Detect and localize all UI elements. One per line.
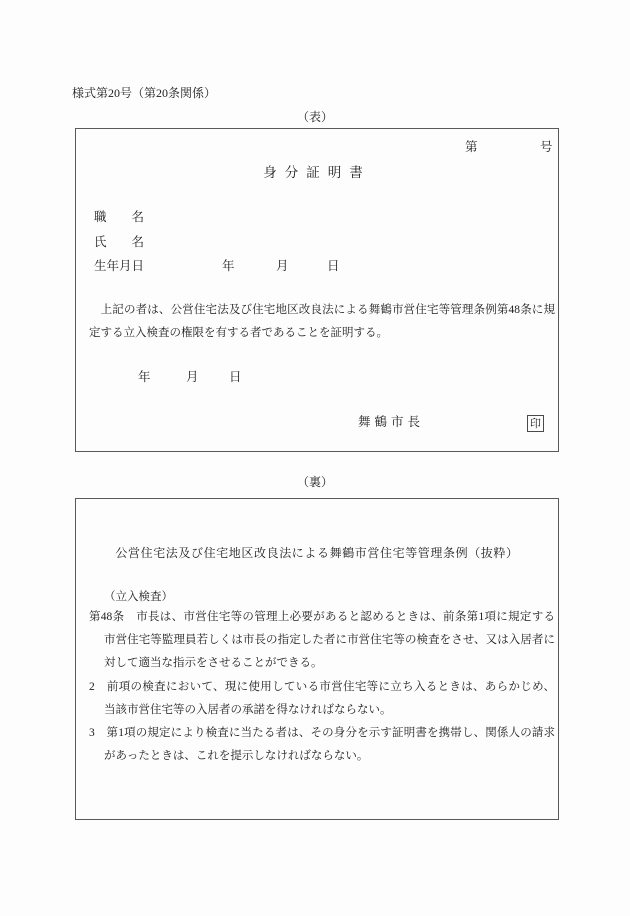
job-title-label: 職 名 [94, 210, 144, 225]
issue-date-month-unit: 月 [186, 370, 199, 385]
paragraph2-line-1: 2 前項の検査において、現に使用している市営住宅等に立ち入るときは、あらかじめ、 [89, 676, 555, 699]
ordinance-title: 公営住宅法及び住宅地区改良法による舞鶴市営住宅等管理条例（抜粋） [76, 545, 558, 561]
front-side-label: （表） [0, 110, 630, 125]
mayor-signature-label: 舞鶴市長 [358, 414, 424, 430]
back-ordinance-card: 公営住宅法及び住宅地区改良法による舞鶴市営住宅等管理条例（抜粋） （立入検査） … [75, 498, 559, 820]
ordinance-text: 第48条 市長は、市営住宅等の管理上必要があると認めるときは、前条第1項に規定す… [89, 606, 555, 768]
paragraph3-line-1: 3 第1項の規定により検査に当たる者は、その身分を示す証明書を携帯し、関係人の請… [89, 722, 555, 745]
issue-date-year-unit: 年 [138, 370, 151, 385]
back-side-label: （裏） [0, 475, 630, 490]
issue-date-day-unit: 日 [229, 370, 242, 385]
article48-line-3: 対して適当な指示をさせることができる。 [89, 652, 555, 675]
form-number: 様式第20号（第20条関係） [72, 86, 216, 101]
name-label: 氏 名 [94, 235, 144, 250]
paragraph2-line-2: 当該市営住宅等の入居者の承諾を得なければならない。 [89, 699, 555, 722]
certification-statement: 上記の者は、公営住宅法及び住宅地区改良法による舞鶴市営住宅等管理条例第48条に規… [89, 299, 555, 345]
birthdate-year-unit: 年 [222, 259, 235, 274]
birthdate-day-unit: 日 [327, 259, 340, 274]
article48-line-2: 市営住宅等監理員若しくは市長の指定した者に市営住宅等の検査をさせ、又は入居者に [89, 629, 555, 652]
certification-statement-line-2: 定する立入検査の権限を有する者であることを証明する。 [89, 322, 555, 345]
paragraph3-line-2: があったときは、これを提示しなければならない。 [89, 745, 555, 768]
seal-mark: 印 [527, 415, 544, 432]
certification-statement-line-1: 上記の者は、公営住宅法及び住宅地区改良法による舞鶴市営住宅等管理条例第48条に規 [89, 299, 555, 322]
article48-line-1: 第48条 市長は、市営住宅等の管理上必要があると認めるときは、前条第1項に規定す… [89, 606, 555, 629]
inspection-section-heading: （立入検査） [104, 590, 173, 605]
certificate-title: 身分証明書 [76, 165, 558, 181]
doc-number-suffix: 号 [540, 140, 553, 155]
document-page: 様式第20号（第20条関係） （表） 第 号 身分証明書 職 名 氏 名 生年月… [0, 0, 630, 916]
front-certificate-card: 第 号 身分証明書 職 名 氏 名 生年月日 年 月 日 上記の者は、公営住宅法… [75, 128, 559, 452]
birthdate-label: 生年月日 [94, 259, 144, 274]
doc-number-prefix: 第 [465, 140, 478, 155]
birthdate-month-unit: 月 [276, 259, 289, 274]
